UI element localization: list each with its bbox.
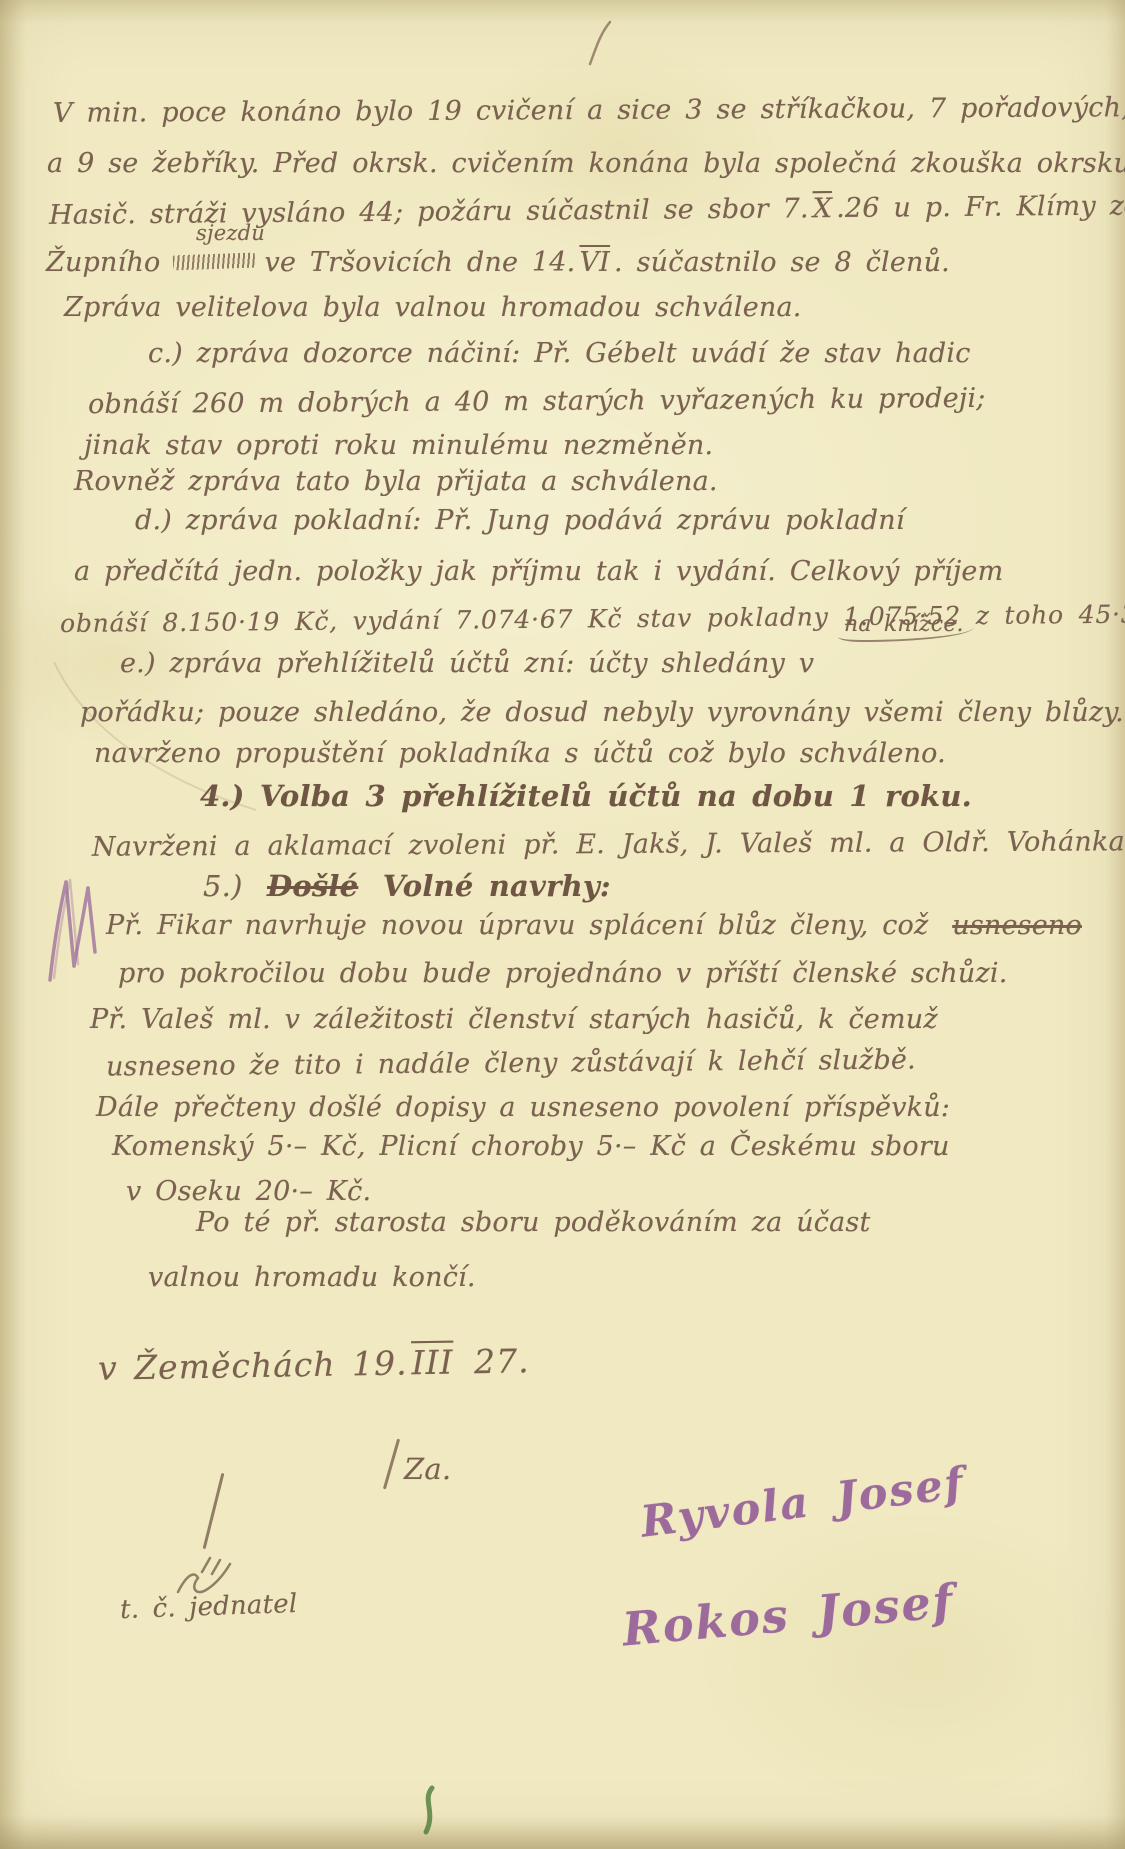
pen-slash-za: [383, 1439, 400, 1490]
manuscript-line-16-item4: 4.) Volba 3 přehlížitelů účtů na dobu 1 …: [200, 779, 972, 813]
manuscript-line-11: a předčítá jedn. položky jak příjmu tak …: [74, 556, 1003, 587]
pen-stroke-top: [588, 22, 614, 66]
manuscript-line-07: obnáší 260 m dobrých a 40 m starých vyřa…: [88, 383, 986, 420]
signature-2: Rokos Josef: [620, 1574, 956, 1657]
manuscript-line-15: navrženo propuštění pokladníka s účtů co…: [94, 738, 946, 769]
manuscript-line-18-item5: 5.) Došlé Volné navrhy:: [203, 869, 611, 903]
dateline-year: 27.: [457, 1341, 530, 1381]
line-18-crossed-word: Došlé: [267, 869, 358, 903]
line-18-number: 5.): [203, 869, 243, 903]
inserted-word-sjezdu: sjezdu: [196, 221, 265, 245]
manuscript-line-02: a 9 se žebříky. Před okrsk. cvičením kon…: [47, 148, 1125, 179]
signature-1: Ryvola Josef: [638, 1458, 968, 1547]
line-03-text-end: .26 u p. Fr. Klímy zde.: [836, 190, 1125, 224]
manuscript-line-17: Navrženi a aklamací zvoleni př. E. Jakš,…: [92, 826, 1125, 862]
manuscript-line-06: c.) zpráva dozorce náčiní: Př. Gébelt uv…: [148, 338, 971, 369]
crossed-out-word: [172, 253, 254, 271]
marginal-note-na-knizce: na knížce.: [838, 612, 974, 642]
dateline-place-day: v Žeměchách 19.: [98, 1343, 408, 1387]
manuscript-line-24: Komenský 5·– Kč, Plicní choroby 5·– Kč a…: [112, 1131, 950, 1162]
line-19-text: Př. Fikar navrhuje novou úpravu splácení…: [106, 910, 928, 941]
za-label: Za.: [404, 1452, 451, 1486]
line-18-heading: Volné navrhy:: [383, 869, 611, 903]
manuscript-line-05: Zpráva velitelova byla valnou hromadou s…: [64, 292, 802, 323]
line-19-crossed-word: usneseno: [952, 910, 1082, 941]
manuscript-line-09: Rovněž zpráva tato byla přijata a schvál…: [74, 466, 718, 497]
manuscript-line-23: Dále přečteny došlé dopisy a usneseno po…: [96, 1092, 950, 1123]
manuscript-line-13: e.) zpráva přehlížitelů účtů zní: účty s…: [120, 648, 814, 679]
manuscript-line-27: valnou hromadu končí.: [148, 1262, 476, 1293]
manuscript-line-08: jinak stav oproti roku minulému nezměněn…: [84, 430, 713, 461]
line-03-roman-month: X: [813, 193, 833, 224]
manuscript-line-22: usneseno že tito i nadále členy zůstávaj…: [106, 1044, 916, 1082]
manuscript-line-20: pro pokročilou dobu bude projednáno v př…: [118, 958, 1008, 989]
line-04-start: Župního: [46, 247, 161, 278]
dateline: v Žeměchách 19.III 27.: [98, 1341, 530, 1388]
manuscript-line-01: V min. poce konáno bylo 19 cvičení a sic…: [53, 92, 1125, 129]
pen-slash-initial: [203, 1473, 225, 1549]
line-03-text: Hasič. stráži vysláno 44; požáru súčastn…: [49, 193, 809, 231]
jednatel-label: t. č. jednatel: [120, 1589, 298, 1625]
manuscript-line-26: Po té př. starosta sboru poděkováním za …: [196, 1207, 871, 1238]
manuscript-page: V min. poce konáno bylo 19 cvičení a sic…: [0, 0, 1125, 1849]
green-mark: [418, 1788, 442, 1834]
line-04-end: . súčastnilo se 8 členů.: [614, 247, 950, 278]
manuscript-line-21: Př. Valeš ml. v záležitosti členství sta…: [90, 1004, 938, 1035]
manuscript-line-19: Př. Fikar navrhuje novou úpravu splácení…: [106, 910, 1082, 941]
dateline-roman-month: III: [411, 1343, 454, 1383]
line-04-mid: ve Tršovicích dne 14.: [265, 247, 576, 278]
line-04-roman-month: VI: [579, 247, 610, 278]
manuscript-line-10: d.) zpráva pokladní: Př. Jung podává zpr…: [135, 505, 905, 536]
manuscript-line-04: Župníhove Tršovicích dne 14.VI. súčastni…: [46, 247, 950, 278]
manuscript-line-14: pořádku; pouze shledáno, že dosud nebyly…: [80, 697, 1124, 728]
manuscript-line-25: v Oseku 20·– Kč.: [126, 1176, 371, 1207]
margin-mark: [40, 878, 104, 986]
